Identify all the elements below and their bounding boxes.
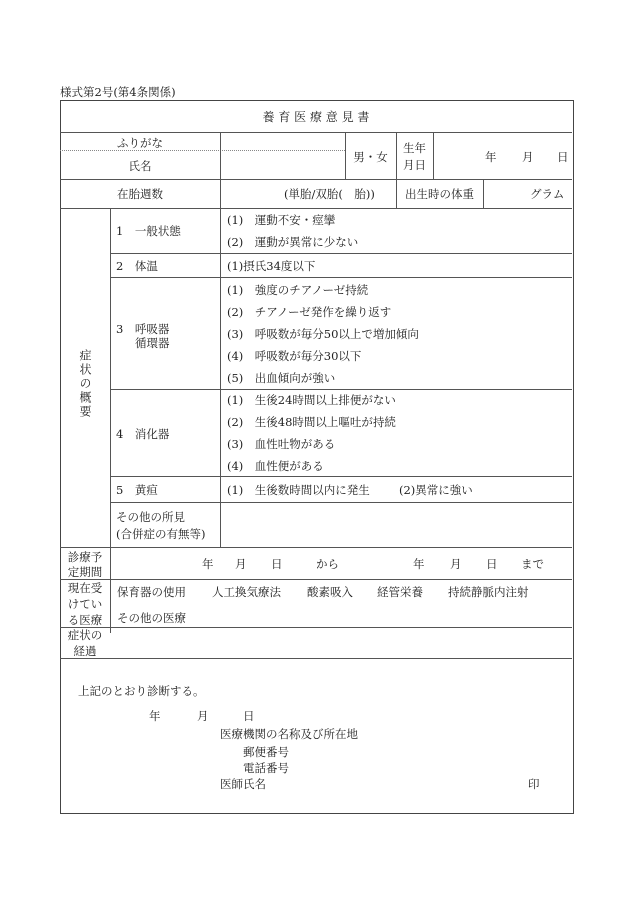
sign-day-field[interactable]: 日 (243, 708, 255, 724)
symptom-item[interactable]: (3) 血性吐物がある (227, 436, 335, 452)
category-temperature: 2 体温 (116, 258, 158, 274)
to-day-field[interactable]: 日 (486, 556, 498, 572)
symptom-item[interactable]: (3) 呼吸数が毎分50以上で増加傾向 (227, 326, 419, 342)
sign-month-field[interactable]: 月 (197, 708, 209, 724)
doctor-name-label: 医師氏名 (220, 776, 266, 792)
gestation-field[interactable]: (単胎/双胎( 胎)) (284, 186, 375, 202)
current-care-label-3: る医療 (60, 612, 110, 628)
institution-label: 医療機関の名称及び所在地 (220, 726, 358, 742)
symptom-item[interactable]: (1) 強度のチアノーゼ持続 (227, 282, 368, 298)
phone-label: 電話番号 (243, 760, 289, 776)
name-field[interactable] (222, 152, 343, 178)
symptom-item[interactable]: (2) 生後48時間以上嘔吐が持続 (227, 414, 396, 430)
care-option-other[interactable]: その他の医療 (117, 610, 186, 626)
from-year-field[interactable]: 年 (202, 556, 214, 572)
sex-select[interactable]: 男・女 (345, 149, 396, 165)
period-label-1: 診療予 (60, 549, 110, 565)
symptom-item[interactable]: (1) 生後24時間以上排便がない (227, 392, 396, 408)
from-label: から (316, 556, 339, 572)
period-label-2: 定期間 (60, 564, 110, 580)
birth-label-2: 月日 (396, 157, 433, 173)
postal-label: 郵便番号 (243, 744, 289, 760)
symptom-item[interactable]: (2) 運動が異常に少ない (227, 234, 358, 250)
symptom-item[interactable]: (4) 血性便がある (227, 458, 324, 474)
symptom-item[interactable]: (2)異常に強い (399, 482, 473, 498)
current-care-label-1: 現在受 (60, 580, 110, 596)
seal-mark: 印 (528, 776, 540, 792)
progress-label-2: 経過 (60, 643, 110, 659)
current-care-label-2: けてい (60, 596, 110, 612)
symptom-item[interactable]: (2) チアノーゼ発作を繰り返す (227, 304, 391, 320)
care-option-tube-feeding[interactable]: 経管栄養 (377, 584, 423, 600)
birth-day-field[interactable]: 日 (557, 149, 569, 165)
name-label: 氏名 (60, 158, 220, 174)
symptom-item[interactable]: (5) 出血傾向が強い (227, 370, 335, 386)
to-month-field[interactable]: 月 (450, 556, 462, 572)
from-day-field[interactable]: 日 (271, 556, 283, 572)
symptom-item[interactable]: (1) 運動不安・痙攣 (227, 212, 335, 228)
other-findings-label-2: (合併症の有無等) (116, 526, 205, 542)
birth-weight-field[interactable]: グラム (530, 186, 564, 202)
symptom-item[interactable]: (1) 生後数時間以内に発生 (227, 482, 370, 498)
furigana-field[interactable] (222, 134, 343, 149)
birth-weight-label: 出生時の体重 (396, 186, 483, 202)
category-digestive: 4 消化器 (116, 426, 169, 442)
birth-month-field[interactable]: 月 (522, 149, 534, 165)
symptom-item[interactable]: (4) 呼吸数が毎分30以下 (227, 348, 361, 364)
care-option-oxygen[interactable]: 酸素吸入 (307, 584, 353, 600)
sign-year-field[interactable]: 年 (149, 708, 161, 724)
birth-label-1: 生年 (396, 140, 433, 156)
care-option-incubator[interactable]: 保育器の使用 (117, 584, 186, 600)
from-month-field[interactable]: 月 (235, 556, 247, 572)
gestation-label: 在胎週数 (60, 186, 220, 202)
birth-year-field[interactable]: 年 (485, 149, 497, 165)
category-general: 1 一般状態 (116, 223, 181, 239)
progress-field[interactable] (112, 629, 570, 657)
care-option-iv[interactable]: 持続静脈内注射 (448, 584, 529, 600)
symptom-item[interactable]: (1)摂氏34度以下 (227, 258, 315, 274)
other-findings-field[interactable] (222, 504, 570, 546)
to-label: まで (521, 556, 544, 572)
diagnosis-statement: 上記のとおり診断する。 (78, 683, 205, 699)
other-findings-label-1: その他の所見 (116, 509, 185, 525)
form-number-label: 様式第2号(第4条関係) (60, 84, 176, 100)
furigana-label: ふりがな (60, 135, 220, 151)
symptoms-section-label: 症状の概要 (77, 349, 94, 419)
category-jaundice: 5 黄疸 (116, 482, 158, 498)
to-year-field[interactable]: 年 (413, 556, 425, 572)
progress-label-1: 症状の (60, 627, 110, 643)
care-option-ventilation[interactable]: 人工換気療法 (212, 584, 281, 600)
category-circulatory: 循環器 (135, 335, 170, 351)
form-title: 養 育 医 療 意 見 書 (60, 108, 572, 125)
